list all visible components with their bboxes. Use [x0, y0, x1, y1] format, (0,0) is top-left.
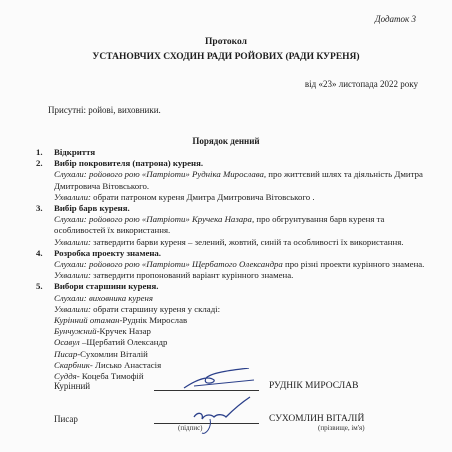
agenda-item: 3. Вибір барв куреня. Слухали: ройового …: [36, 203, 436, 248]
resolved-paragraph: Ухвалили: обрати патроном куреня Дмитра …: [36, 192, 436, 203]
agenda-item: 4. Розробка проекту знамена. Слухали: ро…: [36, 248, 436, 282]
resolved-label: Ухвалили:: [54, 270, 91, 280]
resolved-text: затвердити барви куреня – зелений, жовти…: [93, 237, 403, 247]
heard-paragraph: Слухали: виховника куреня: [36, 293, 436, 304]
resolved-label: Ухвалили:: [54, 192, 91, 202]
document-title: Протокол: [0, 37, 452, 47]
officer-name: Кручек Назар: [100, 326, 151, 336]
heard-label: Слухали:: [54, 214, 87, 224]
officer-role: Писар: [54, 349, 77, 359]
handwritten-signature-icon: [154, 368, 259, 392]
resolved-label: Ухвалили:: [54, 304, 91, 314]
item-number: 4.: [36, 248, 54, 259]
officer-row: Бунчужний-Кручек Назар: [36, 326, 436, 337]
heard-label: Слухали:: [54, 293, 87, 303]
addendum-label: Додаток 3: [375, 14, 416, 24]
heard-paragraph: Слухали: ройового рою «Патріоти» Кручека…: [36, 214, 436, 236]
item-heading: Вибори старшини куреня.: [54, 281, 158, 292]
resolved-paragraph: Ухвалили: затвердити барви куреня – зеле…: [36, 237, 436, 248]
resolved-text: обрати патроном куреня Дмитра Дмитровича…: [93, 192, 314, 202]
resolved-text: затвердити пропонований варіант курінног…: [93, 270, 293, 280]
officer-name: Сухомлин Віталій: [80, 349, 148, 359]
signatory-name: СУХОМЛИН ВІТАЛІЙ: [269, 414, 364, 424]
officer-row: Курінний отаман-Руднік Мирослав: [36, 315, 436, 326]
signature-line: [154, 376, 259, 391]
signature-role: Писар: [54, 414, 154, 424]
officer-row: Писар-Сухомлин Віталій: [36, 349, 436, 360]
agenda-title: Порядок денний: [0, 136, 452, 146]
resolved-paragraph: Ухвалили: затвердити пропонований варіан…: [36, 270, 436, 281]
signature-caption: (підпис): [178, 424, 203, 432]
name-caption: (прізвище, ім'я): [318, 424, 365, 432]
resolved-label: Ухвалили:: [54, 237, 91, 247]
item-heading: Розробка проекту знамена.: [54, 248, 161, 259]
resolved-paragraph: Ухвалили: обрати старшину куреня у склад…: [36, 304, 436, 315]
item-heading: Вибір барв куреня.: [54, 203, 130, 214]
officer-role: Скарбник: [54, 360, 90, 370]
officer-role: Осавул: [54, 337, 80, 347]
resolved-text: обрати старшину куреня у складі:: [93, 304, 220, 314]
item-number: 3.: [36, 203, 54, 214]
signature-line: [154, 409, 259, 424]
handwritten-signature-icon: [154, 395, 259, 435]
signature-role: Курінний: [54, 381, 154, 391]
officer-row: Осавул –Щербатий Олександр: [36, 337, 436, 348]
heard-label: Слухали:: [54, 169, 87, 179]
document-date: від «23» листопада 2022 року: [305, 79, 418, 89]
heard-label: Слухали:: [54, 259, 87, 269]
item-number: 1.: [36, 147, 54, 158]
officer-name: Щербатий Олександр: [86, 337, 167, 347]
agenda-item: 2. Вибір покровителя (патрона) куреня. С…: [36, 158, 436, 203]
officer-name: Руднік Мирослав: [122, 315, 187, 325]
document-subtitle: УСТАНОВЧИХ СХОДИН РАДИ РОЙОВИХ (РАДИ КУР…: [0, 52, 452, 62]
attendees-line: Присутні: ройові, виховники.: [48, 105, 161, 115]
item-number: 2.: [36, 158, 54, 169]
officer-role: Бунчужний: [54, 326, 97, 336]
item-heading: Вибір покровителя (патрона) куреня.: [54, 158, 203, 169]
heard-speaker: ройового рою «Патріоти» Щербатого Олекса…: [89, 259, 283, 269]
document-page: Додаток 3 Протокол УСТАНОВЧИХ СХОДИН РАД…: [0, 0, 452, 452]
signatory-name: РУДНІК МИРОСЛАВ: [269, 381, 358, 391]
item-number: 5.: [36, 281, 54, 292]
signature-row-pysar: Писар СУХОМЛИН ВІТАЛІЙ: [54, 409, 364, 424]
heard-text: про різні проекти курінного знамена.: [285, 259, 424, 269]
heard-speaker: ройового рою «Патріоти» Кручека Назара,: [89, 214, 254, 224]
agenda-list: 1. Відкриття 2. Вибір покровителя (патро…: [36, 147, 436, 382]
heard-speaker: ройового рою «Патріоти» Рудніка Мирослав…: [89, 169, 266, 179]
agenda-item: 1. Відкриття: [36, 147, 436, 158]
officer-name: Лисько Анастасія: [95, 360, 161, 370]
officer-role: Курінний отаман: [54, 315, 119, 325]
item-heading: Відкриття: [54, 147, 95, 158]
signature-row-kurinnyi: Курінний РУДНІК МИРОСЛАВ: [54, 376, 358, 391]
heard-paragraph: Слухали: ройового рою «Патріоти» Щербато…: [36, 259, 436, 270]
heard-paragraph: Слухали: ройового рою «Патріоти» Рудніка…: [36, 169, 436, 191]
heard-speaker: виховника куреня: [89, 293, 153, 303]
